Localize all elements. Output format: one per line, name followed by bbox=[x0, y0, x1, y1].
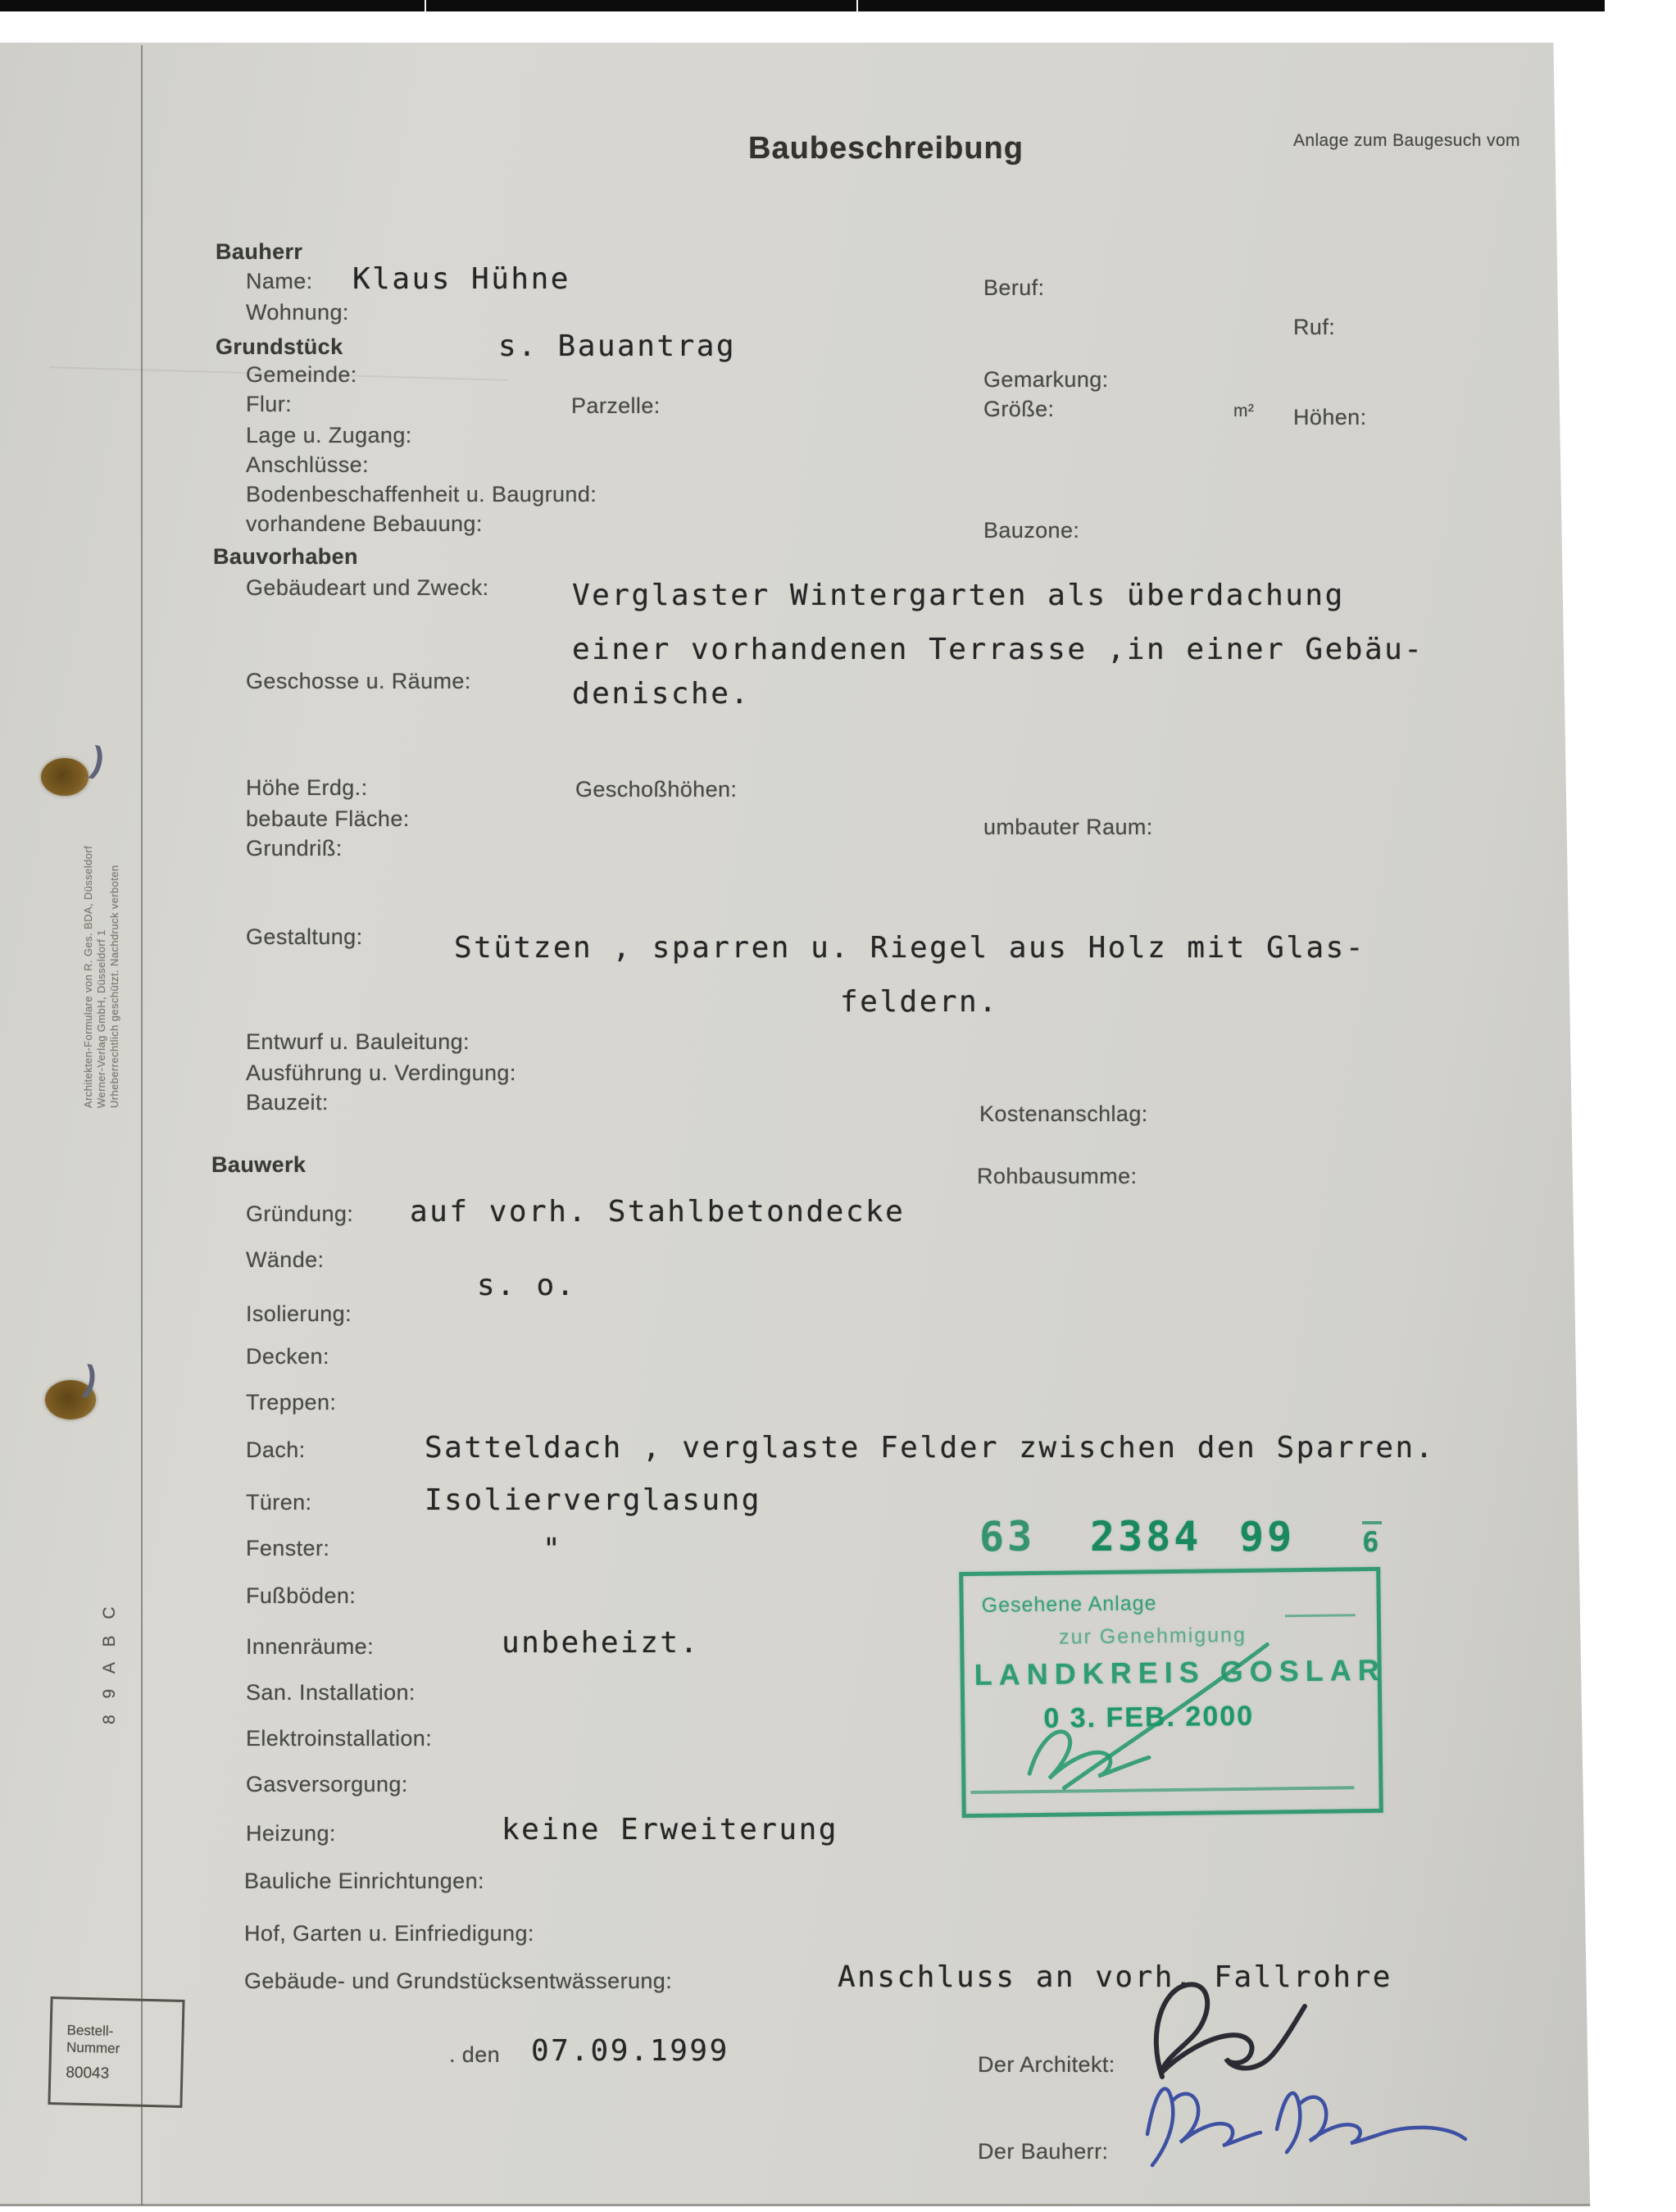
top-border-notch bbox=[856, 0, 858, 11]
stamp-signature bbox=[997, 1654, 1326, 1797]
document-title: Baubeschreibung bbox=[748, 131, 1024, 166]
bauherr-signature bbox=[1133, 2051, 1477, 2190]
approval-stamp: Gesehene Anlage zur Genehmigung LANDKREI… bbox=[959, 1567, 1383, 1818]
field-gruendung-label: Gründung: bbox=[246, 1201, 353, 1227]
section-bauherr: Bauherr bbox=[216, 239, 302, 265]
field-entwaesserung-label: Gebäude- und Grundstücksentwässerung: bbox=[244, 1969, 672, 1994]
field-rohbausumme-label: Rohbausumme: bbox=[977, 1164, 1137, 1189]
field-groesse-label: Größe: bbox=[983, 397, 1054, 422]
section-bauwerk: Bauwerk bbox=[211, 1152, 306, 1178]
order-number-value: 80043 bbox=[66, 2064, 180, 2083]
field-gas-label: Gasversorgung: bbox=[246, 1772, 408, 1797]
footer-bauherr-label: Der Bauherr: bbox=[978, 2139, 1108, 2164]
field-gebaeudeart-value-line1: Verglaster Wintergarten als überdachung bbox=[572, 579, 1345, 612]
field-bauzone-label: Bauzone: bbox=[983, 518, 1079, 543]
stamp-decoration-line bbox=[1285, 1614, 1356, 1617]
field-gestaltung-label: Gestaltung: bbox=[246, 924, 363, 950]
field-dach-label: Dach: bbox=[246, 1438, 306, 1463]
stamp-file-number-group1: 63 bbox=[979, 1513, 1035, 1560]
section-bauvorhaben: Bauvorhaben bbox=[213, 544, 358, 570]
order-number-line2: Nummer bbox=[66, 2038, 181, 2058]
form-code-abc: 8 9 A B C bbox=[100, 1601, 120, 1724]
paper-sheet bbox=[0, 43, 1597, 2206]
field-tueren-value: Isolierverglasung bbox=[425, 1483, 761, 1517]
publisher-line1: Architekten-Formulare von R. Ges. BDA, D… bbox=[82, 846, 95, 1108]
field-m2-label: m² bbox=[1233, 402, 1254, 421]
field-bebauung-label: vorhandene Bebauung: bbox=[246, 511, 483, 537]
stamp-line2: zur Genehmigung bbox=[1059, 1624, 1247, 1650]
field-bebaute-flaeche-label: bebaute Fläche: bbox=[246, 806, 410, 832]
field-waende-value: s. o. bbox=[477, 1269, 576, 1302]
stamp-line1: Gesehene Anlage bbox=[982, 1592, 1157, 1618]
field-beruf-label: Beruf: bbox=[983, 275, 1044, 301]
field-geschosshoehen-label: Geschoßhöhen: bbox=[575, 777, 737, 802]
annotation-top-right: Anlage zum Baugesuch vom bbox=[1293, 131, 1520, 151]
field-gruendung-value: auf vorh. Stahlbetondecke bbox=[410, 1195, 905, 1229]
scanned-document-page: ) ) Baubeschreibung Anlage zum Baugesuch… bbox=[0, 0, 1676, 2212]
field-hoehen-label: Höhen: bbox=[1293, 405, 1366, 430]
field-innenraeume-label: Innenräume: bbox=[246, 1634, 374, 1660]
footer-date-label: . den bbox=[449, 2042, 500, 2068]
field-kostenanschlag-label: Kostenanschlag: bbox=[979, 1101, 1148, 1127]
field-flur-label: Flur: bbox=[246, 392, 292, 417]
stamp-file-number-group3: 99 bbox=[1239, 1513, 1295, 1560]
field-bauliche-label: Bauliche Einrichtungen: bbox=[244, 1869, 484, 1894]
field-ruf-label: Ruf: bbox=[1293, 315, 1335, 340]
field-tueren-label: Türen: bbox=[246, 1490, 311, 1515]
field-heizung-label: Heizung: bbox=[246, 1821, 336, 1846]
hole-punch-icon bbox=[41, 758, 89, 796]
field-bauzeit-label: Bauzeit: bbox=[246, 1090, 329, 1115]
field-elektro-label: Elektroinstallation: bbox=[246, 1726, 432, 1751]
field-innenraeume-value: unbeheizt. bbox=[502, 1626, 700, 1660]
field-dach-value: Satteldach , verglaste Felder zwischen d… bbox=[425, 1431, 1435, 1465]
top-border-notch bbox=[425, 0, 426, 11]
field-entwurf-label: Entwurf u. Bauleitung: bbox=[246, 1029, 470, 1055]
field-parzelle-label: Parzelle: bbox=[571, 393, 661, 419]
field-name-label: Name: bbox=[246, 269, 313, 294]
field-gebaeudeart-label: Gebäudeart und Zweck: bbox=[246, 575, 489, 601]
field-treppen-label: Treppen: bbox=[246, 1390, 336, 1415]
field-isolierung-label: Isolierung: bbox=[246, 1301, 352, 1327]
field-geschosse-label: Geschosse u. Räume: bbox=[246, 669, 471, 694]
field-gebaeudeart-value-line3: denische. bbox=[572, 677, 751, 711]
field-ausfuehrung-label: Ausführung u. Verdingung: bbox=[246, 1061, 516, 1086]
field-wohnung-label: Wohnung: bbox=[246, 300, 349, 325]
field-name-value: Klaus Hühne bbox=[352, 262, 570, 296]
field-gemarkung-label: Gemarkung: bbox=[983, 367, 1109, 393]
field-fenster-value: " bbox=[543, 1533, 562, 1566]
stamp-file-number-group2: 2384 bbox=[1090, 1513, 1201, 1560]
field-gestaltung-value-line2: feldern. bbox=[840, 985, 998, 1019]
order-number-box: Bestell- Nummer 80043 bbox=[48, 1996, 184, 2108]
stamp-file-number-suffix: 6 bbox=[1362, 1521, 1382, 1559]
publisher-line3: Urheberrechtlich geschützt. Nachdruck ve… bbox=[108, 846, 121, 1108]
publisher-line2: Werner-Verlag GmbH, Düsseldorf 1 bbox=[95, 846, 108, 1108]
field-grundriss-label: Grundriß: bbox=[246, 836, 343, 861]
field-fussboeden-label: Fußböden: bbox=[246, 1583, 356, 1609]
field-decken-label: Decken: bbox=[246, 1344, 329, 1369]
field-boden-label: Bodenbeschaffenheit u. Baugrund: bbox=[246, 482, 597, 507]
field-hof-label: Hof, Garten u. Einfriedigung: bbox=[244, 1921, 534, 1946]
field-heizung-value: keine Erweiterung bbox=[502, 1813, 838, 1846]
field-hoehe-erdg-label: Höhe Erdg.: bbox=[246, 775, 367, 801]
field-san-label: San. Installation: bbox=[246, 1680, 416, 1706]
field-umbauter-raum-label: umbauter Raum: bbox=[983, 815, 1153, 840]
field-fenster-label: Fenster: bbox=[246, 1536, 329, 1561]
field-lage-label: Lage u. Zugang: bbox=[246, 423, 412, 448]
field-gestaltung-value-line1: Stützen , sparren u. Riegel aus Holz mit… bbox=[454, 931, 1365, 965]
field-gebaeudeart-value-line2: einer vorhandenen Terrasse ,in einer Geb… bbox=[572, 633, 1424, 666]
publisher-imprint: Architekten-Formulare von R. Ges. BDA, D… bbox=[82, 846, 121, 1108]
field-grundstueck-value: s. Bauantrag bbox=[498, 329, 736, 363]
footer-architekt-label: Der Architekt: bbox=[978, 2052, 1115, 2078]
field-anschluesse-label: Anschlüsse: bbox=[246, 452, 369, 478]
field-gemeinde-label: Gemeinde: bbox=[246, 362, 357, 388]
section-grundstueck: Grundstück bbox=[216, 334, 343, 360]
scan-top-border bbox=[0, 0, 1605, 11]
footer-date-value: 07.09.1999 bbox=[531, 2034, 729, 2068]
field-waende-label: Wände: bbox=[246, 1247, 324, 1273]
